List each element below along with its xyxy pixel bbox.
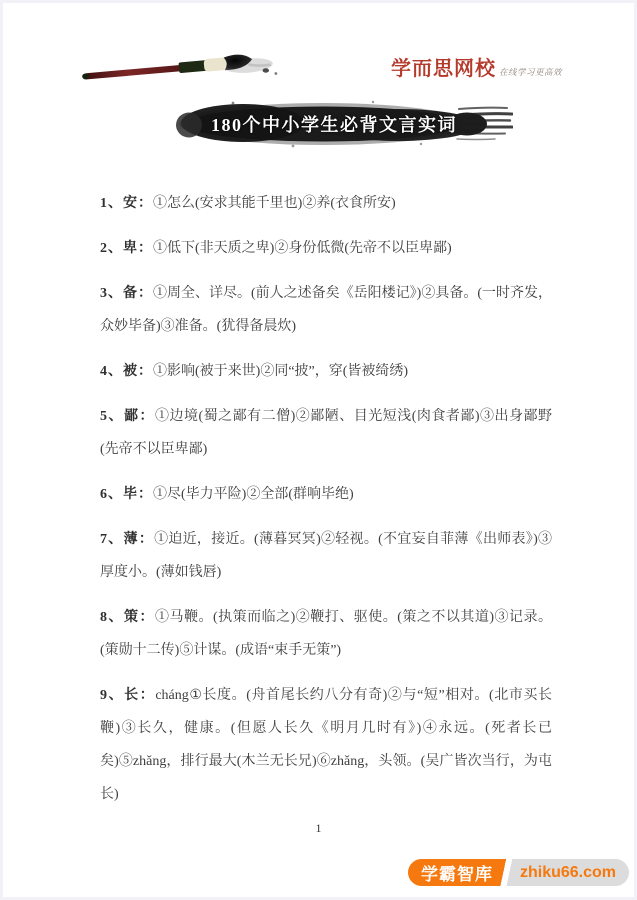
entry-text: ①周全、详尽。(前人之述备矣《岳阳楼记》)②具备。(一时齐发，众妙毕备)③准备。… xyxy=(100,286,552,334)
entry-text: ①马鞭。(执策而临之)②鞭打、驱使。(策之不以其道)③记录。(策勋十二传)⑤计谋… xyxy=(100,610,552,658)
entry-text: ①迫近，接近。(薄暮冥冥)②轻视。(不宜妄自菲薄《出师表》)③厚度小。(薄如钱唇… xyxy=(100,532,552,580)
watermark-site: zhiku66.com xyxy=(508,864,629,882)
brand-name: 学而思网校 xyxy=(391,59,496,79)
brand-slogan: 在线学习更高效 xyxy=(499,66,562,78)
page-number: 1 xyxy=(3,821,634,836)
entry-text: ①怎么(安求其能千里也)②养(衣食所安) xyxy=(153,196,396,211)
entry-text: ①低下(非天质之卑)②身份低微(先帝不以臣卑鄙) xyxy=(153,241,452,256)
entry-text: cháng①长度。(舟首尾长约八分有奇)②与“短”相对。(北市买长鞭)③长久，健… xyxy=(100,688,552,802)
entry-6: 6、毕：①尽(毕力平险)②全部(群响毕绝) xyxy=(100,478,552,511)
entry-word: 6、毕： xyxy=(100,487,153,502)
document-page: 学而思网校 在线学习更高效 180个中小学生必背文言实词 xyxy=(0,0,637,900)
entry-word: 3、备： xyxy=(100,286,153,301)
brush-band xyxy=(203,57,226,72)
entry-7: 7、薄：①迫近，接近。(薄暮冥冥)②轻视。(不宜妄自菲薄《出师表》)③厚度小。(… xyxy=(100,523,552,589)
entry-list: 1、安：①怎么(安求其能千里也)②养(衣食所安) 2、卑：①低下(非天质之卑)②… xyxy=(100,187,552,823)
watermark-brand: 学霸智库 xyxy=(408,860,508,885)
title-banner: 180个中小学生必背文言实词 xyxy=(173,97,513,151)
entry-word: 9、长： xyxy=(100,688,155,703)
entry-word: 8、策： xyxy=(100,610,155,625)
entry-3: 3、备：①周全、详尽。(前人之述备矣《岳阳楼记》)②具备。(一时齐发，众妙毕备)… xyxy=(100,277,552,343)
brush-handle xyxy=(83,65,182,80)
entry-text: ①尽(毕力平险)②全部(群响毕绝) xyxy=(153,487,354,502)
entry-4: 4、被：①影响(被于来世)②同“披”，穿(皆被绮绣) xyxy=(100,355,552,388)
entry-text: ①影响(被于来世)②同“披”，穿(皆被绮绣) xyxy=(153,364,408,379)
brush-ferrule xyxy=(178,60,207,73)
entry-9: 9、长：cháng①长度。(舟首尾长约八分有奇)②与“短”相对。(北市买长鞭)③… xyxy=(100,679,552,811)
entry-word: 2、卑： xyxy=(100,241,153,256)
entry-5: 5、鄙：①边境(蜀之鄙有二僧)②鄙陋、目光短浅(肉食者鄙)③出身鄙野(先帝不以臣… xyxy=(100,400,552,466)
entry-1: 1、安：①怎么(安求其能千里也)②养(衣食所安) xyxy=(100,187,552,220)
entry-text: ①边境(蜀之鄙有二僧)②鄙陋、目光短浅(肉食者鄙)③出身鄙野(先帝不以臣卑鄙) xyxy=(100,409,552,457)
brand-logo: 学而思网校 在线学习更高效 xyxy=(391,59,562,79)
page-title: 180个中小学生必背文言实词 xyxy=(173,97,513,151)
entry-2: 2、卑：①低下(非天质之卑)②身份低微(先帝不以臣卑鄙) xyxy=(100,232,552,265)
entry-8: 8、策：①马鞭。(执策而临之)②鞭打、驱使。(策之不以其道)③记录。(策勋十二传… xyxy=(100,601,552,667)
brush-icon xyxy=(77,45,289,101)
ink-drop-icon xyxy=(274,72,277,75)
entry-word: 1、安： xyxy=(100,196,153,211)
entry-word: 7、薄： xyxy=(100,532,154,547)
ink-drop-icon xyxy=(263,68,269,72)
entry-word: 4、被： xyxy=(100,364,153,379)
watermark-badge: 学霸智库 zhiku66.com xyxy=(408,859,629,886)
entry-word: 5、鄙： xyxy=(100,409,155,424)
